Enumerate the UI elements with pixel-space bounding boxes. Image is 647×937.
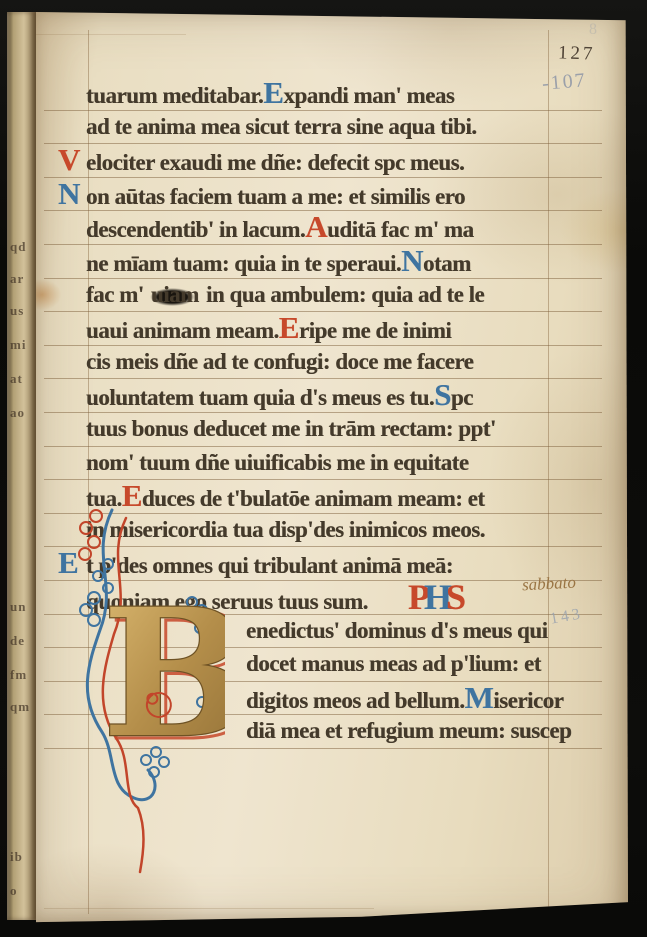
- text-segment: tuus bonus deducet me in trām rectam: pp…: [86, 416, 496, 441]
- text-segment: ne mīam tuam: quia in te speraui.: [86, 251, 401, 276]
- text-line: ne mīam tuam: quia in te speraui.Notam: [44, 245, 602, 279]
- text-line: fac m' uiam in qua ambulem: quia ad te l…: [44, 279, 602, 313]
- folio-number-ink: 127: [558, 43, 596, 63]
- text-line: nom' tuum dñe uiuificabis me in equitate: [44, 447, 602, 481]
- edge-text-fragment: us: [10, 304, 24, 317]
- text-segment: docet manus meas ad p'lium: et: [246, 651, 541, 676]
- illuminated-initial: N: [58, 178, 86, 211]
- text-segment: xpandi man' meas: [283, 83, 454, 108]
- ink-blot-word: uiam: [149, 282, 201, 307]
- folio-number-pencil: -107: [541, 70, 587, 94]
- manuscript-page: tuarum meditabar.Expandi man' measad te …: [36, 12, 628, 924]
- edge-text-fragment: mi: [10, 338, 26, 351]
- illuminated-initial: V: [58, 144, 86, 177]
- edge-text-fragment: un: [10, 600, 26, 613]
- edge-text-fragment: fm: [10, 668, 27, 681]
- text-segment: nom' tuum dñe uiuificabis me in equitate: [86, 450, 469, 475]
- scallop-cloud-red: [79, 510, 102, 560]
- illuminated-initial: S: [434, 377, 451, 412]
- ruling-bottom-margin: [44, 908, 374, 909]
- text-line: tuarum meditabar.Expandi man' meas: [44, 77, 602, 111]
- illuminated-initial: M: [465, 680, 494, 715]
- text-segment: enedictus' dominus d's meus qui: [246, 618, 547, 643]
- text-line: tuus bonus deducet me in trām rectam: pp…: [44, 413, 602, 447]
- text-line: uoluntatem tuam quia d's meus es tu.Spc: [44, 379, 602, 413]
- edge-text-fragment: at: [10, 372, 23, 385]
- margin-note-sabbato: sabbato: [522, 574, 577, 594]
- edge-text-fragment: qd: [10, 240, 26, 253]
- text-segment: elociter exaudi me dñe: defecit spc meus…: [86, 150, 464, 175]
- text-segment: pc: [451, 385, 473, 410]
- text-segment: tuarum meditabar.: [86, 83, 263, 108]
- text-segment: digitos meos ad bellum.: [246, 688, 465, 713]
- text-segment: otam: [423, 251, 471, 276]
- photo-background: qdarusmiataoundefmqmibo tuarum meditabar…: [0, 0, 647, 937]
- text-segment: diā mea et refugium meum: suscep: [246, 718, 571, 743]
- edge-text-fragment: o: [10, 884, 18, 897]
- text-segment: in qua ambulem: quia ad te le: [201, 282, 484, 307]
- psalm-marker-letter: S: [446, 577, 464, 617]
- edge-text-fragment: de: [10, 634, 25, 647]
- text-segment: uaui animam meam.: [86, 318, 279, 343]
- text-line: ad te anima mea sicut terra sine aqua ti…: [44, 111, 602, 145]
- text-segment: uditā fac m' ma: [327, 217, 473, 242]
- illuminated-initial-B: B B: [50, 498, 225, 890]
- text-line: Velociter exaudi me dñe: defecit spc meu…: [44, 144, 602, 178]
- edge-text-fragment: ao: [10, 406, 25, 419]
- edge-text-fragment: ar: [10, 272, 24, 285]
- text-line: cis meis dñe ad te confugi: doce me face…: [44, 346, 602, 380]
- text-segment: descendentib' in lacum.: [86, 217, 305, 242]
- text-segment: ripe me de inimi: [299, 318, 451, 343]
- edge-text-fragment: ib: [10, 850, 23, 863]
- illuminated-initial: E: [279, 310, 299, 345]
- text-segment: uoluntatem tuam quia d's meus es tu.: [86, 385, 434, 410]
- text-segment: isericor: [493, 688, 563, 713]
- illuminated-initial: A: [305, 209, 327, 244]
- edge-text-fragment: qm: [10, 700, 30, 713]
- text-segment: ad te anima mea sicut terra sine aqua ti…: [86, 114, 477, 139]
- text-line: descendentib' in lacum.Auditā fac m' ma: [44, 211, 602, 245]
- illuminated-initial: E: [263, 75, 283, 110]
- ruling-top-margin: [36, 34, 186, 35]
- initial-B-gold-body: B: [102, 570, 225, 777]
- text-segment: on aūtas faciem tuam a me: et similis er…: [86, 184, 465, 209]
- book-edge-strip: qdarusmiataoundefmqmibo: [7, 12, 36, 920]
- text-line: Non aūtas faciem tuam a me: et similis e…: [44, 178, 602, 212]
- faint-pencil-mark: 8: [589, 22, 597, 38]
- text-segment: fac m': [86, 282, 149, 307]
- text-line: uaui animam meam.Eripe me de inimi: [44, 312, 602, 346]
- text-segment: cis meis dñe ad te confugi: doce me face…: [86, 349, 473, 374]
- illuminated-initial: N: [401, 243, 423, 278]
